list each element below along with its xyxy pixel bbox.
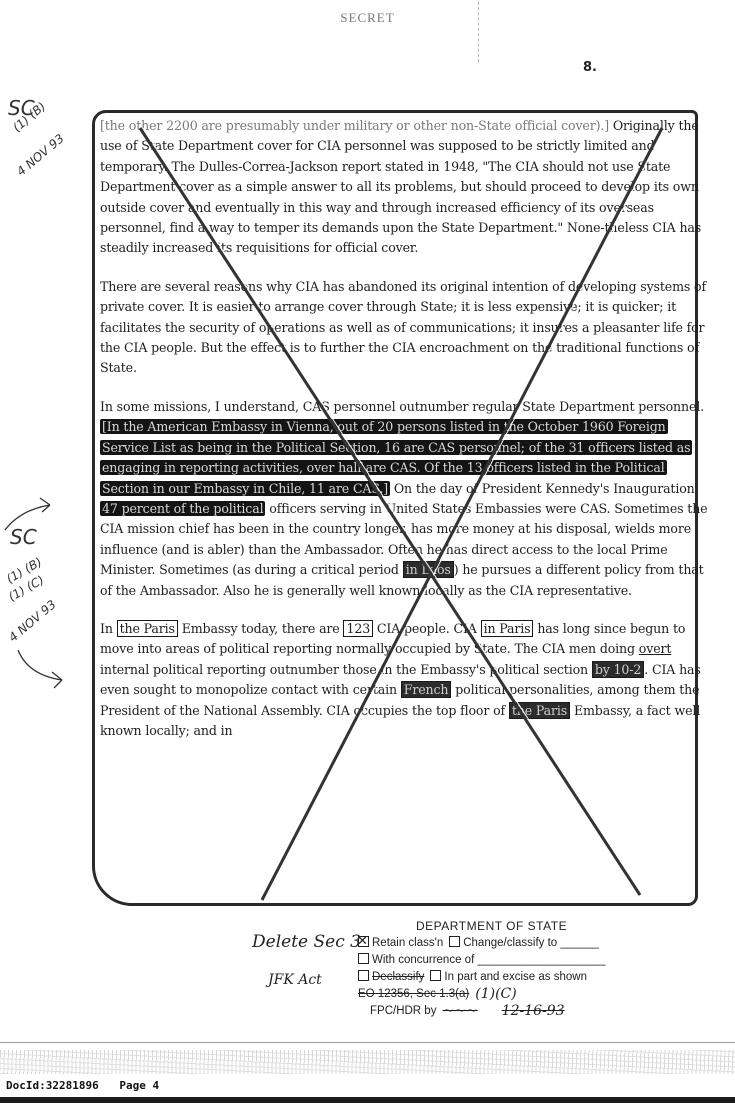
boxed-text: the Paris (117, 620, 178, 637)
paragraph-text: In (100, 621, 117, 636)
paragraph-text: In some missions, I understand, CAS pers… (100, 399, 704, 414)
handwritten-delete-note: Delete Sec 3 (252, 932, 361, 952)
paragraph-4: In the Paris Embassy today, there are 12… (100, 619, 712, 741)
eo-label: EO 12356, Sec 1.3(a) (358, 986, 469, 1003)
fpc-signature: ~~~ (442, 1003, 477, 1020)
stamp-row-eo: EO 12356, Sec 1.3(a) (1)(C) (358, 986, 630, 1003)
page-number: 8. (583, 60, 597, 75)
in-part-checkbox[interactable] (430, 970, 441, 981)
redacted-box: French (401, 681, 452, 698)
stamp-row-declassify: Declassify In part and excise as shown (358, 969, 630, 986)
stamp-row-fpc: FPC/HDR by ~~~ 12-16-93 (370, 1003, 630, 1020)
paragraph-1: [the other 2200 are presumably under mil… (100, 116, 712, 259)
stamp-row-retain: Retain class'n Change/classify to ______ (358, 935, 630, 952)
document-body: [the other 2200 are presumably under mil… (100, 116, 712, 759)
paragraph-text: Embassy today, there are (178, 621, 344, 636)
underlined-word: overt (639, 641, 671, 656)
paragraph-text: Originally the use of State Department c… (100, 118, 701, 255)
footer: DocId:32281896 Page 4 (6, 1079, 173, 1092)
paragraph-text: CIA people. CIA (373, 621, 481, 636)
redacted-box: the Paris (509, 702, 570, 719)
scan-bottom-bar (0, 1097, 735, 1103)
scan-edge-line (0, 1042, 735, 1043)
paragraph-text: There are several reasons why CIA has ab… (100, 279, 706, 376)
redacted-box: by 10-2 (592, 661, 644, 678)
bracketed-redaction: [the other 2200 are presumably under mil… (100, 118, 609, 133)
declassify-label: Declassify (372, 971, 424, 983)
doc-id: DocId:32281896 (6, 1079, 99, 1092)
fpc-label: FPC/HDR by (370, 1003, 436, 1020)
paragraph-text: On the day of President Kennedy's Inaugu… (390, 481, 695, 496)
paragraph-3: In some missions, I understand, CAS pers… (100, 397, 712, 601)
retain-label: Retain class'n (372, 937, 443, 949)
concurrence-label: With concurrence of (372, 954, 474, 966)
redacted-block: 47 percent of the political (100, 501, 265, 516)
paragraph-text: internal political reporting outnumber t… (100, 662, 592, 677)
eo-handwritten: (1)(C) (475, 986, 516, 1003)
concurrence-checkbox[interactable] (358, 953, 369, 964)
paragraph-2: There are several reasons why CIA has ab… (100, 277, 712, 379)
stamp-row-concurrence: With concurrence of ____________________ (358, 952, 630, 969)
margin-date-top: 4 NOV 93 (14, 131, 67, 178)
page-label: Page 4 (119, 1079, 159, 1092)
margin-initials-middle: SC (10, 525, 37, 549)
classification-mark: SECRET (0, 10, 735, 26)
change-checkbox[interactable] (449, 936, 460, 947)
change-label: Change/classify to (463, 937, 557, 949)
handwritten-jfk-note: JFK Act (268, 972, 322, 988)
scan-noise-band (0, 1050, 735, 1074)
redacted-box: in Laos (403, 561, 454, 578)
fpc-date: 12-16-93 (502, 1003, 565, 1020)
declassify-checkbox[interactable] (358, 970, 369, 981)
boxed-text: in Paris (481, 620, 534, 637)
boxed-text: 123 (343, 620, 373, 637)
in-part-label: In part and excise as shown (444, 971, 587, 983)
stamp-title: DEPARTMENT OF STATE (416, 918, 630, 935)
